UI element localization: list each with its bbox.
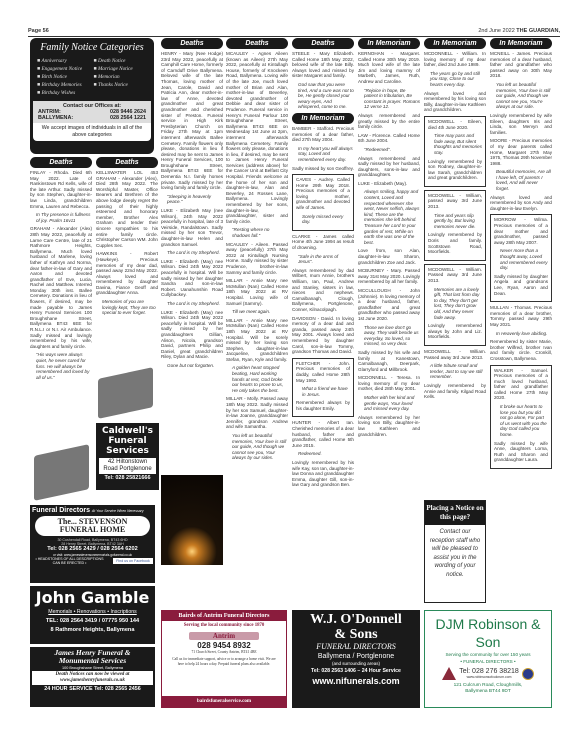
notice-mcdowell: MCDOWELL - William, passed away 3rd June… [428,193,482,210]
facebook-icon[interactable]: Find us on Facebook [113,558,153,564]
notice-mcdonnell: MCDONNELL - William. In loving memory of… [424,51,486,68]
notice-mcdowell: MCDOWELL - William. Passed away 3rd June… [428,267,482,284]
notice-fletcher: FLETCHER - John. Precious memories of da… [296,361,350,383]
notice-mcdowell-box: MCDOWELL - William. Passed away 3rd June… [424,264,486,346]
ad-gamble-services: Memorials • Renovations • Inscriptions [32,608,153,617]
placing-body: Contact our reception staff who will be … [425,525,485,582]
notice-verse: A little tribute small and tender, Just … [424,363,486,380]
ad-jameshenry-name2: Monumental Services [32,657,153,665]
crest-icon [522,668,534,680]
ad-djm-tel: Tel: 028 276 38218 [459,668,519,675]
notice-signoff: Lovingly remembered by Doris and family.… [428,232,482,254]
notice-morrow-box: MORROW - Wilma. Precious memories of a d… [490,214,552,302]
ad-djm-name: DJM Robinson & Son [425,615,551,651]
notice-signoff: Sadly missed by son Geoffrey. [292,166,354,172]
section-heading-deaths: Deaths [30,157,92,168]
ad-stevenson-tel: Tel: 028 2565 2429 / 028 2564 6202 [32,546,153,553]
notice-mcburney: MCBURNEY - Mary. Passed away 31st May 20… [358,268,420,285]
notice-signoff: Always loved and remembered by his lovin… [424,91,486,113]
masthead-date: 2nd June 2022 THE GUARDIAN, [478,28,560,34]
ad-bairds-tel: 028 9454 8932 [162,641,286,650]
section-heading-deaths: Deaths [226,38,288,49]
ad-stevenson-tagline: At Your Service When Necessary [92,509,144,513]
ad-stevenson-top: Funeral Directors [32,507,90,514]
notice-verse: Always smiling, happy and content, Loved… [358,189,420,245]
notice-millar: MILLAR - Annie Mary nee McMullan (Nan) C… [226,278,288,306]
office-phone: 028 2564 1221 [110,115,146,121]
notice-kellswater: KELLSWATER LOL 453 GRAHAM - Alexander (A… [96,170,158,248]
section-heading-memoriam: In Memoriam [292,113,354,124]
bible-icon [34,444,89,501]
category-item: Marriage Notice [94,65,151,73]
notice-caves-box: CAVES - Audrey. Called Home 29th May 201… [292,174,354,231]
notice-graham: GRAHAM - Alexander (Alex) 28th May 2022,… [30,226,92,349]
ad-odonnell-towns: Ballymena / Portglenone [294,652,418,661]
notice-signoff: Remembered always by his daughter Emily. [296,400,350,411]
notice-verse: The years go by and still you stay, Clos… [424,71,486,88]
ad-bairds: Bairds of Antrim Funeral Directors Servi… [161,610,287,708]
ad-jameshenry-web[interactable]: www.jameshenryfunerals.co.uk [33,678,152,684]
notice-verse: Time may pass and fade away, But silent … [428,133,482,155]
ad-gamble-tel: TEL: 028 2564 3419 / 07775 950 144 [32,617,153,626]
column-1: Deaths FINLAY - Rhoda. Died 6th May 2022… [30,157,92,407]
ad-stevenson: Funeral Directors At Your Service When N… [30,505,155,583]
ad-bairds-town: Antrim [189,632,259,640]
ad-odonnell-web[interactable]: www.nifunerals.com [294,676,418,687]
ad-gamble-name: John Gamble [32,588,153,608]
notice-moore: MOORE - Precious memories of my dear par… [490,138,552,166]
category-item: Memorian [94,73,151,81]
ad-djm-fd: • FUNERAL DIRECTORS • [425,658,551,665]
notice-verse: Till we meet again. [226,309,288,315]
placing-title: Placing a Notice on this page? [425,501,485,525]
ad-bairds-body: Call us for immediate support, advice or… [162,654,286,669]
notice-signoff: Always remembered and sadly missed by he… [358,156,420,178]
notice-bamber: BAMBER - Stafford. Precious memories of … [292,126,354,143]
section-heading-deaths: Deaths [292,38,354,49]
notice-millar: MILLAR - Molly. Passed away 18th May 202… [226,396,288,430]
notice-verse: Those we love don't go away, They walk b… [358,325,420,347]
notice-signoff: Sadly missed by daughter Angela and gran… [494,274,548,296]
contact-offices: Contact our Offices at: ANTRIM:028 9446 … [33,101,151,123]
ad-odonnell-name1: W.J. O'Donnell [294,612,418,627]
notice-verse: The Lord is my Shepherd. [161,250,223,256]
ad-djm-tagline: Serving the community for over 150 years [425,651,551,658]
ad-djm-web[interactable]: www.robinsonsofculcrum.com [459,675,519,679]
notice-verse: In Thy presence is fullness of joy. Psal… [30,212,92,223]
column-4: Deaths MCAULEY - Agnes Aileen (known as … [226,38,288,558]
ad-bairds-title: Bairds of Antrim Funeral Directors [162,611,286,621]
ad-james-henry: James Henry Funeral & Monumental Service… [30,647,155,707]
category-item: Birth Notice [37,73,94,81]
ad-jameshenry-tel: 24 HOUR SERVICE Tel: 028 2565 2456 [32,685,153,694]
notice-davidson: DAVIDSON - David. In loving memory of a … [292,316,354,355]
notice-verse: Memories of you are lovingly kept, They … [96,299,158,316]
ad-john-gamble: John Gamble Memorials • Renovations • In… [30,586,155,644]
notice-kernohan: KERNOHAN - Margaret. Called Home 30th Ma… [358,51,420,85]
ad-odonnell: W.J. O'Donnell & Sons FUNERAL DIRECTORS … [292,610,420,708]
notice-signoff: Lovingly remembered by Annie and family.… [424,383,486,400]
notice-mccullough: MCCULLOUGH - John (Johnnie). In loving m… [358,288,420,322]
candle-image [161,475,223,565]
notice-verse: Never more than a thought away, Loved an… [494,248,548,270]
category-item: Thanks Notice [94,81,151,89]
ad-odonnell-name2: & Sons [294,627,418,642]
notice-hawkins: HAWKINS - Robert (Hawkeye). Precious mem… [96,251,158,296]
bible-icon [98,367,153,419]
notice-mcdowell: MCDOWELL - Eileen, died 4th June 2020. [428,119,482,130]
notice-mcauley: MCAULEY - Aileen. Passed away (peacefull… [226,242,288,276]
notice-verse: "Sleeping in heavenly peace." [161,194,223,205]
notice-verse: "Redeemed". [358,147,420,153]
page-number: Page 56 [28,28,49,34]
notice-steele: STEELE - Mary Elizabeth. Called Home 18t… [292,51,354,79]
notice-clarke: CLARKE - James called Home 4th June 1994… [292,234,354,251]
masonic-icon [442,667,456,680]
ad-gamble-address: 8 Rathmore Heights, Ballymena [32,626,153,635]
notice-verse: Beautiful memories, Are all I have left,… [490,169,552,191]
ad-odonnell-sub: FUNERAL DIRECTORS [294,642,418,652]
notice-morrow: MORROW - Wilma. Precious memories of a d… [494,217,548,245]
notice-verse: You left us beautiful memories, Your lov… [226,433,288,461]
category-item: Birthday Wishes [37,89,94,97]
notice-verse: A golden heart stopped beating, Hard wor… [226,365,288,393]
notice-luke: LUKE - Elizabeth (May). [358,181,420,187]
notice-verse: What a friend we have in Jesus. [296,386,350,397]
notice-signoff: Love from, son Alan, daughter-in-law Sha… [358,248,420,265]
category-item: Engagement Notice [37,65,94,73]
notice-verse: The Lord is my Shepherd. [161,301,223,307]
ad-caldwell-address: 42 Hiltonstown Road Portglenone [99,458,156,474]
notice-signoff: Lovingly remembered by son Rodney, daugh… [428,159,482,181]
notice-signoff: Sadly missed by wife Anne, daughters Lor… [494,441,548,463]
notice-mcdonnell: MCDONNELL - Teresa. In loving memory of … [358,375,420,392]
column-8: In Memoriam MCNEILL - James. Precious me… [490,38,552,608]
notice-signoff: Always remembered by dad Wilbert, mum An… [292,268,354,313]
notice-signoff: Lovingly remembered by his wife Kay, son… [292,460,354,488]
notice-verse: "Safe in the arms of Jesus". [292,254,354,265]
notice-verse: In Heavenly love abiding. [490,331,552,337]
column-2: Deaths KELLSWATER LOL 453 GRAHAM - Alexa… [96,157,158,367]
notice-mcdowell-box: MCDOWELL - William, passed away 3rd June… [424,190,486,261]
notice-verse: Memories are a lovely gift, That last fr… [428,287,482,321]
column-6: In Memoriam KERNOHAN - Margaret. Called … [358,38,420,598]
notice-signoff: Always remembered by her loving son Bill… [358,415,420,437]
notice-verse: Mother with her kind and gentle ways, Yo… [358,395,420,412]
notice-mullan: MULLAN - Thomas. Precious memories of a … [490,305,552,327]
notice-hunter: HUNTER - Albert Ian. Cherished memories … [292,420,354,448]
notice-verse: Sorely missed every day. [296,214,350,225]
notice-luke: LUKE - Elizabeth (May) nee Wilson. Died … [161,259,223,298]
family-notice-categories: Family Notice Categories Anniversary Dea… [30,38,154,154]
column-3: Deaths HENRY - Mary (Nee Hodge) 23rd May… [161,38,223,388]
ad-djm-addr2: Ballymena BT44 9DT [425,689,551,695]
notice-henry: HENRY - Mary (Nee Hodge) 23rd May 2022, … [161,51,223,191]
notice-signoff: Lovingly remembered by wife Eileen, daug… [490,113,552,135]
notice-verse: "Rejoice in hope, Be patient in tribulat… [358,88,420,110]
notice-verse: It broke our hearts to lose you but you … [494,404,548,438]
column-5: Deaths STEELE - Mary Elizabeth. Called H… [292,38,354,598]
notice-luke: LUKE - Elizabeth (May) nee Wilson. Died … [161,310,223,360]
accept-images-note: We accept images of individuals in all o… [33,123,151,141]
ad-stevenson-headstones: • HEADSTONES OF ALL DESCRIPTIONS CAN BE … [32,557,107,565]
notice-walker-box: WALKER - Samuel. Precious memories of a … [490,365,552,470]
placing-notice-box: Placing a Notice on this page? Contact o… [424,500,486,603]
notice-verse: "His ways were always quiet, he never ca… [30,352,92,380]
notice-mcauley: MCAULEY - Agnes Aileen (known as Aileen)… [226,51,288,224]
notice-verse: You left us beautiful memories, Your lov… [490,82,552,110]
section-heading-deaths: Deaths [96,157,158,168]
ad-caldwell-name: Caldwell's Funeral Services [99,426,156,456]
notice-verse: Time and years slip gently by, But lovin… [428,213,482,230]
notice-verse: God saw that you were tired, And a cure … [292,82,354,110]
category-item: Birthday Memories [37,81,94,89]
notice-verse: Redeemed. [292,451,354,457]
notice-mcneill: MCNEILL - James. Precious memories of a … [490,51,552,79]
categories-title: Family Notice Categories [34,42,150,53]
notice-signoff: Remembered by sister Marie, brother Wilf… [490,339,552,361]
notice-verse: Gone but not forgotten. [161,363,223,369]
section-heading-memoriam: In Memoriam [490,38,552,49]
notice-finlay: FINLAY - Rhoda. Died 6th May 2022. Late … [30,170,92,209]
notice-fletcher-box: FLETCHER - John. Precious memories of da… [292,358,354,418]
column-7: In Memoriam MCDONNELL - William. In lovi… [424,38,486,498]
ad-caldwell-tel: Tel: 028 25821666 [99,475,156,481]
notice-law: LAW - Florence. Called Home 6th June 200… [358,133,420,144]
section-heading-memoriam: In Memoriam [424,38,486,49]
notice-millar: MILLAR - Annie Mary nee McMullan (Nan) C… [226,318,288,363]
office-name: BALLYMENA: [38,115,73,121]
ad-stevenson-name2: FUNERAL HOME [37,526,148,534]
ad-djm-robinson: DJM Robinson & Son Serving the community… [424,610,552,708]
category-item: Anniversary [37,57,94,65]
page-header: Page 56 2nd June 2022 THE GUARDIAN, [28,28,560,37]
notice-luke: LUKE - Elizabeth May (nee Wilson), 24th … [161,208,223,247]
section-heading-deaths: Deaths [161,38,223,49]
notice-caves: CAVES - Audrey. Called Home 29th May 201… [296,177,350,211]
categories-list: Anniversary Death Notice Engagement Noti… [34,57,150,97]
notice-signoff: Always loved and remembered by son Andy … [490,195,552,212]
ad-bairds-web[interactable]: bairdsfuneralservice.com [162,696,286,707]
notice-signoff: Sadly missed by his wife and family at K… [358,350,420,372]
category-item: Death Notice [94,57,151,65]
ad-odonnell-tel: Tel: 028 2563 1406 – 24 Hour Service [294,667,418,676]
notice-mcdowell-box: MCDOWELL - Eileen, died 4th June 2020. T… [424,116,486,187]
notice-signoff: Lovingly remembered always by John and L… [428,323,482,340]
notice-walker: WALKER - Samuel. Precious memories of a … [494,368,548,402]
notice-mcdowell: MCDOWELL - William. Passed away 3rd June… [424,349,486,360]
notice-verse: "Resting where no shadows fall." [226,227,288,238]
section-heading-memoriam: In Memoriam [358,38,420,49]
notice-signoff: Always remembered and greatly missed by … [358,113,420,130]
ad-bairds-tagline: Serving the local community since 1870 [162,623,286,628]
ad-caldwell: Caldwell's Funeral Services 42 Hiltonsto… [96,423,159,490]
notice-verse: In my heart you will always stay, Loved … [292,146,354,163]
